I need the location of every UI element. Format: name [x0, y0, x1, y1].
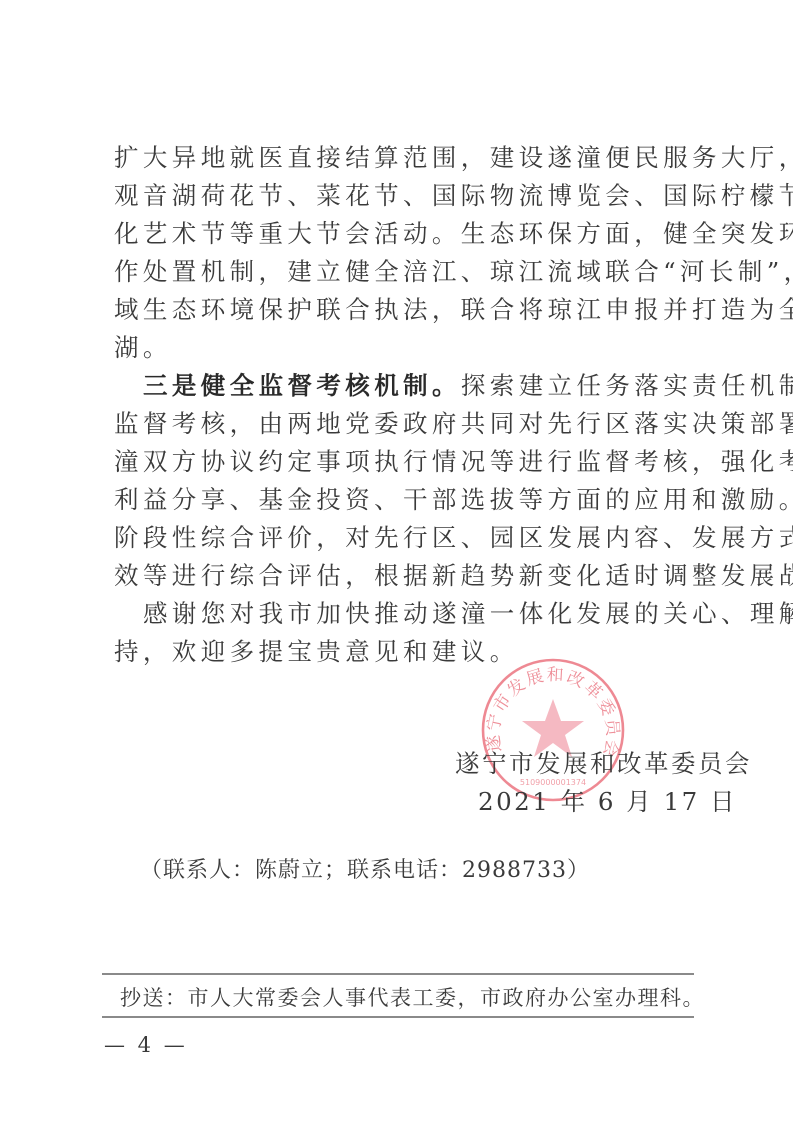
body-line: 监督考核，由两地党委政府共同对先行区落实决策部署情况、遂: [114, 405, 694, 443]
body-line: 域生态环境保护联合执法，联合将琼江申报并打造为全国示范河: [114, 291, 694, 329]
divider-bottom: [102, 1016, 694, 1018]
body-line: 扩大异地就医直接结算范围，建设遂潼便民服务大厅，共同举办: [114, 139, 694, 177]
body-line: 利益分享、基金投资、干部选拔等方面的应用和激励。适时开展: [114, 481, 694, 519]
section3-heading: 三是健全监督考核机制。: [143, 371, 461, 400]
section3-first-line-text: 探索建立任务落实责任机制，强化: [461, 371, 793, 400]
signature-date: 2021 年 6 月 17 日: [478, 783, 737, 821]
body-line: 阶段性综合评价，对先行区、园区发展内容、发展方式、发展绩: [114, 519, 694, 557]
closing-line: 感谢您对我市加快推动遂潼一体化发展的关心、理解与支: [143, 595, 695, 633]
body-line: 作处置机制，建立健全涪江、琼江流域联合“河长制”，开展跨区: [114, 253, 694, 291]
body-line: 化艺术节等重大节会活动。生态环保方面，健全突发环境事件协: [114, 215, 694, 253]
body-line: 潼双方协议约定事项执行情况等进行监督考核，强化考核结果在: [114, 443, 694, 481]
page-number: — 4 —: [104, 1030, 188, 1060]
signature-organization: 遂宁市发展和改革委员会: [455, 745, 752, 783]
contact-info: （联系人：陈蔚立；联系电话：2988733）: [140, 852, 590, 890]
body-line: 观音湖荷花节、菜花节、国际物流博览会、国际柠檬节、涪江文: [114, 177, 694, 215]
body-line: 效等进行综合评估，根据新趋势新变化适时调整发展战略。: [114, 557, 694, 595]
section3-first-line: 三是健全监督考核机制。探索建立任务落实责任机制，强化: [143, 367, 695, 405]
cc-line: 抄送：市人大常委会人事代表工委，市政府办公室办理科。: [120, 983, 705, 1013]
body-line: 湖。: [114, 329, 694, 367]
divider-top: [102, 973, 694, 975]
